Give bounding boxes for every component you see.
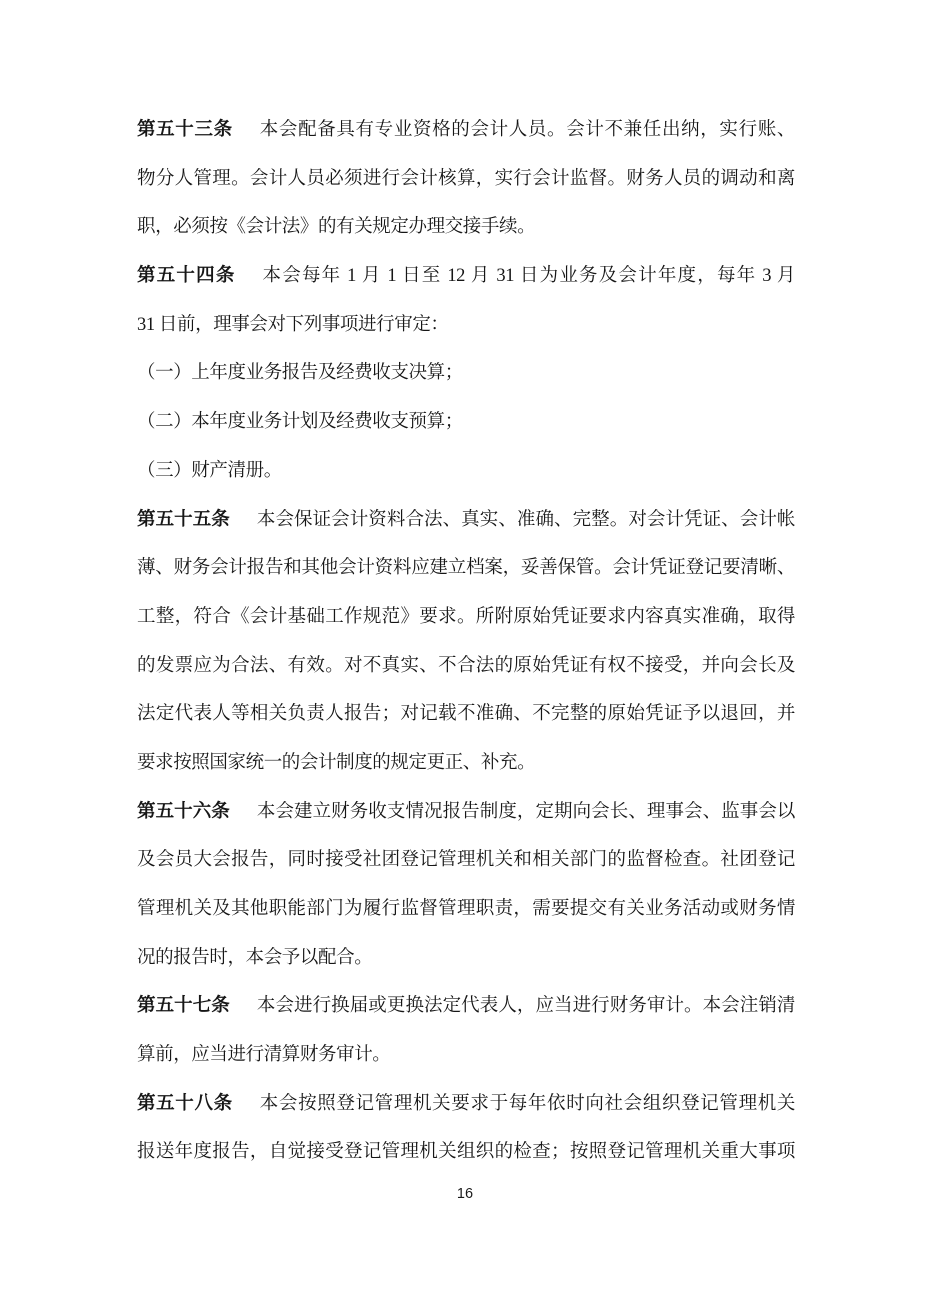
article-text: 本会每年 1 月 1 日至 12 月 31 日为业务及会计年度，每年 3 月	[263, 266, 795, 286]
text-line: 工整，符合《会计基础工作规范》要求。所附原始凭证要求内容真实准确，取得	[137, 593, 795, 642]
article-number-label: 第五十七条	[137, 996, 230, 1016]
text-line: 算前，应当进行清算财务审计。	[137, 1031, 795, 1080]
article-text: 本会建立财务收支情况报告制度，定期向会长、理事会、监事会以	[257, 802, 795, 822]
text-line: 况的报告时，本会予以配合。	[137, 934, 795, 983]
text-line: 职，必须按《会计法》的有关规定办理交接手续。	[137, 203, 795, 252]
text-line: 第五十四条本会每年 1 月 1 日至 12 月 31 日为业务及会计年度，每年 …	[137, 252, 795, 301]
text-line: 要求按照国家统一的会计制度的规定更正、补充。	[137, 739, 795, 788]
text-line: 第五十六条本会建立财务收支情况报告制度，定期向会长、理事会、监事会以	[137, 788, 795, 837]
article-text: 本会保证会计资料合法、真实、准确、完整。对会计凭证、会计帐	[257, 510, 795, 530]
text-line: （一）上年度业务报告及经费收支决算；	[137, 349, 795, 398]
document-page: { "page": { "number": "16", "background_…	[0, 0, 930, 1305]
article-text: 本会按照登记管理机关要求于每年依时向社会组织登记管理机关	[260, 1094, 795, 1114]
article-text: 本会进行换届或更换法定代表人，应当进行财务审计。本会注销清	[257, 996, 795, 1016]
document-body: 第五十三条本会配备具有专业资格的会计人员。会计不兼任出纳，实行账、钱、物分人管理…	[137, 106, 795, 1177]
text-line: 第五十三条本会配备具有专业资格的会计人员。会计不兼任出纳，实行账、钱、	[137, 106, 795, 155]
text-line: 第五十五条本会保证会计资料合法、真实、准确、完整。对会计凭证、会计帐	[137, 496, 795, 545]
text-line: 法定代表人等相关负责人报告；对记载不准确、不完整的原始凭证予以退回，并	[137, 690, 795, 739]
text-line: 报送年度报告，自觉接受登记管理机关组织的检查；按照登记管理机关重大事项	[137, 1128, 795, 1177]
article-number-label: 第五十四条	[137, 266, 236, 286]
article-number-label: 第五十六条	[137, 802, 230, 822]
text-line: 管理机关及其他职能部门为履行监督管理职责，需要提交有关业务活动或财务情	[137, 885, 795, 934]
text-line: （二）本年度业务计划及经费收支预算；	[137, 398, 795, 447]
text-line: 的发票应为合法、有效。对不真实、不合法的原始凭证有权不接受，并向会长及	[137, 642, 795, 691]
text-line: 第五十七条本会进行换届或更换法定代表人，应当进行财务审计。本会注销清	[137, 982, 795, 1031]
text-line: 物分人管理。会计人员必须进行会计核算，实行会计监督。财务人员的调动和离	[137, 155, 795, 204]
page-number: 16	[0, 1183, 930, 1205]
article-number-label: 第五十八条	[137, 1094, 233, 1114]
text-line: 第五十八条本会按照登记管理机关要求于每年依时向社会组织登记管理机关	[137, 1080, 795, 1129]
text-line: （三）财产清册。	[137, 447, 795, 496]
article-number-label: 第五十三条	[137, 120, 233, 140]
article-number-label: 第五十五条	[137, 510, 230, 530]
text-line: 31 日前，理事会对下列事项进行审定：	[137, 301, 795, 350]
article-text: 本会配备具有专业资格的会计人员。会计不兼任出纳，实行账、钱、	[137, 120, 795, 155]
text-line: 及会员大会报告，同时接受社团登记管理机关和相关部门的监督检查。社团登记	[137, 836, 795, 885]
text-line: 薄、财务会计报告和其他会计资料应建立档案，妥善保管。会计凭证登记要清晰、	[137, 544, 795, 593]
